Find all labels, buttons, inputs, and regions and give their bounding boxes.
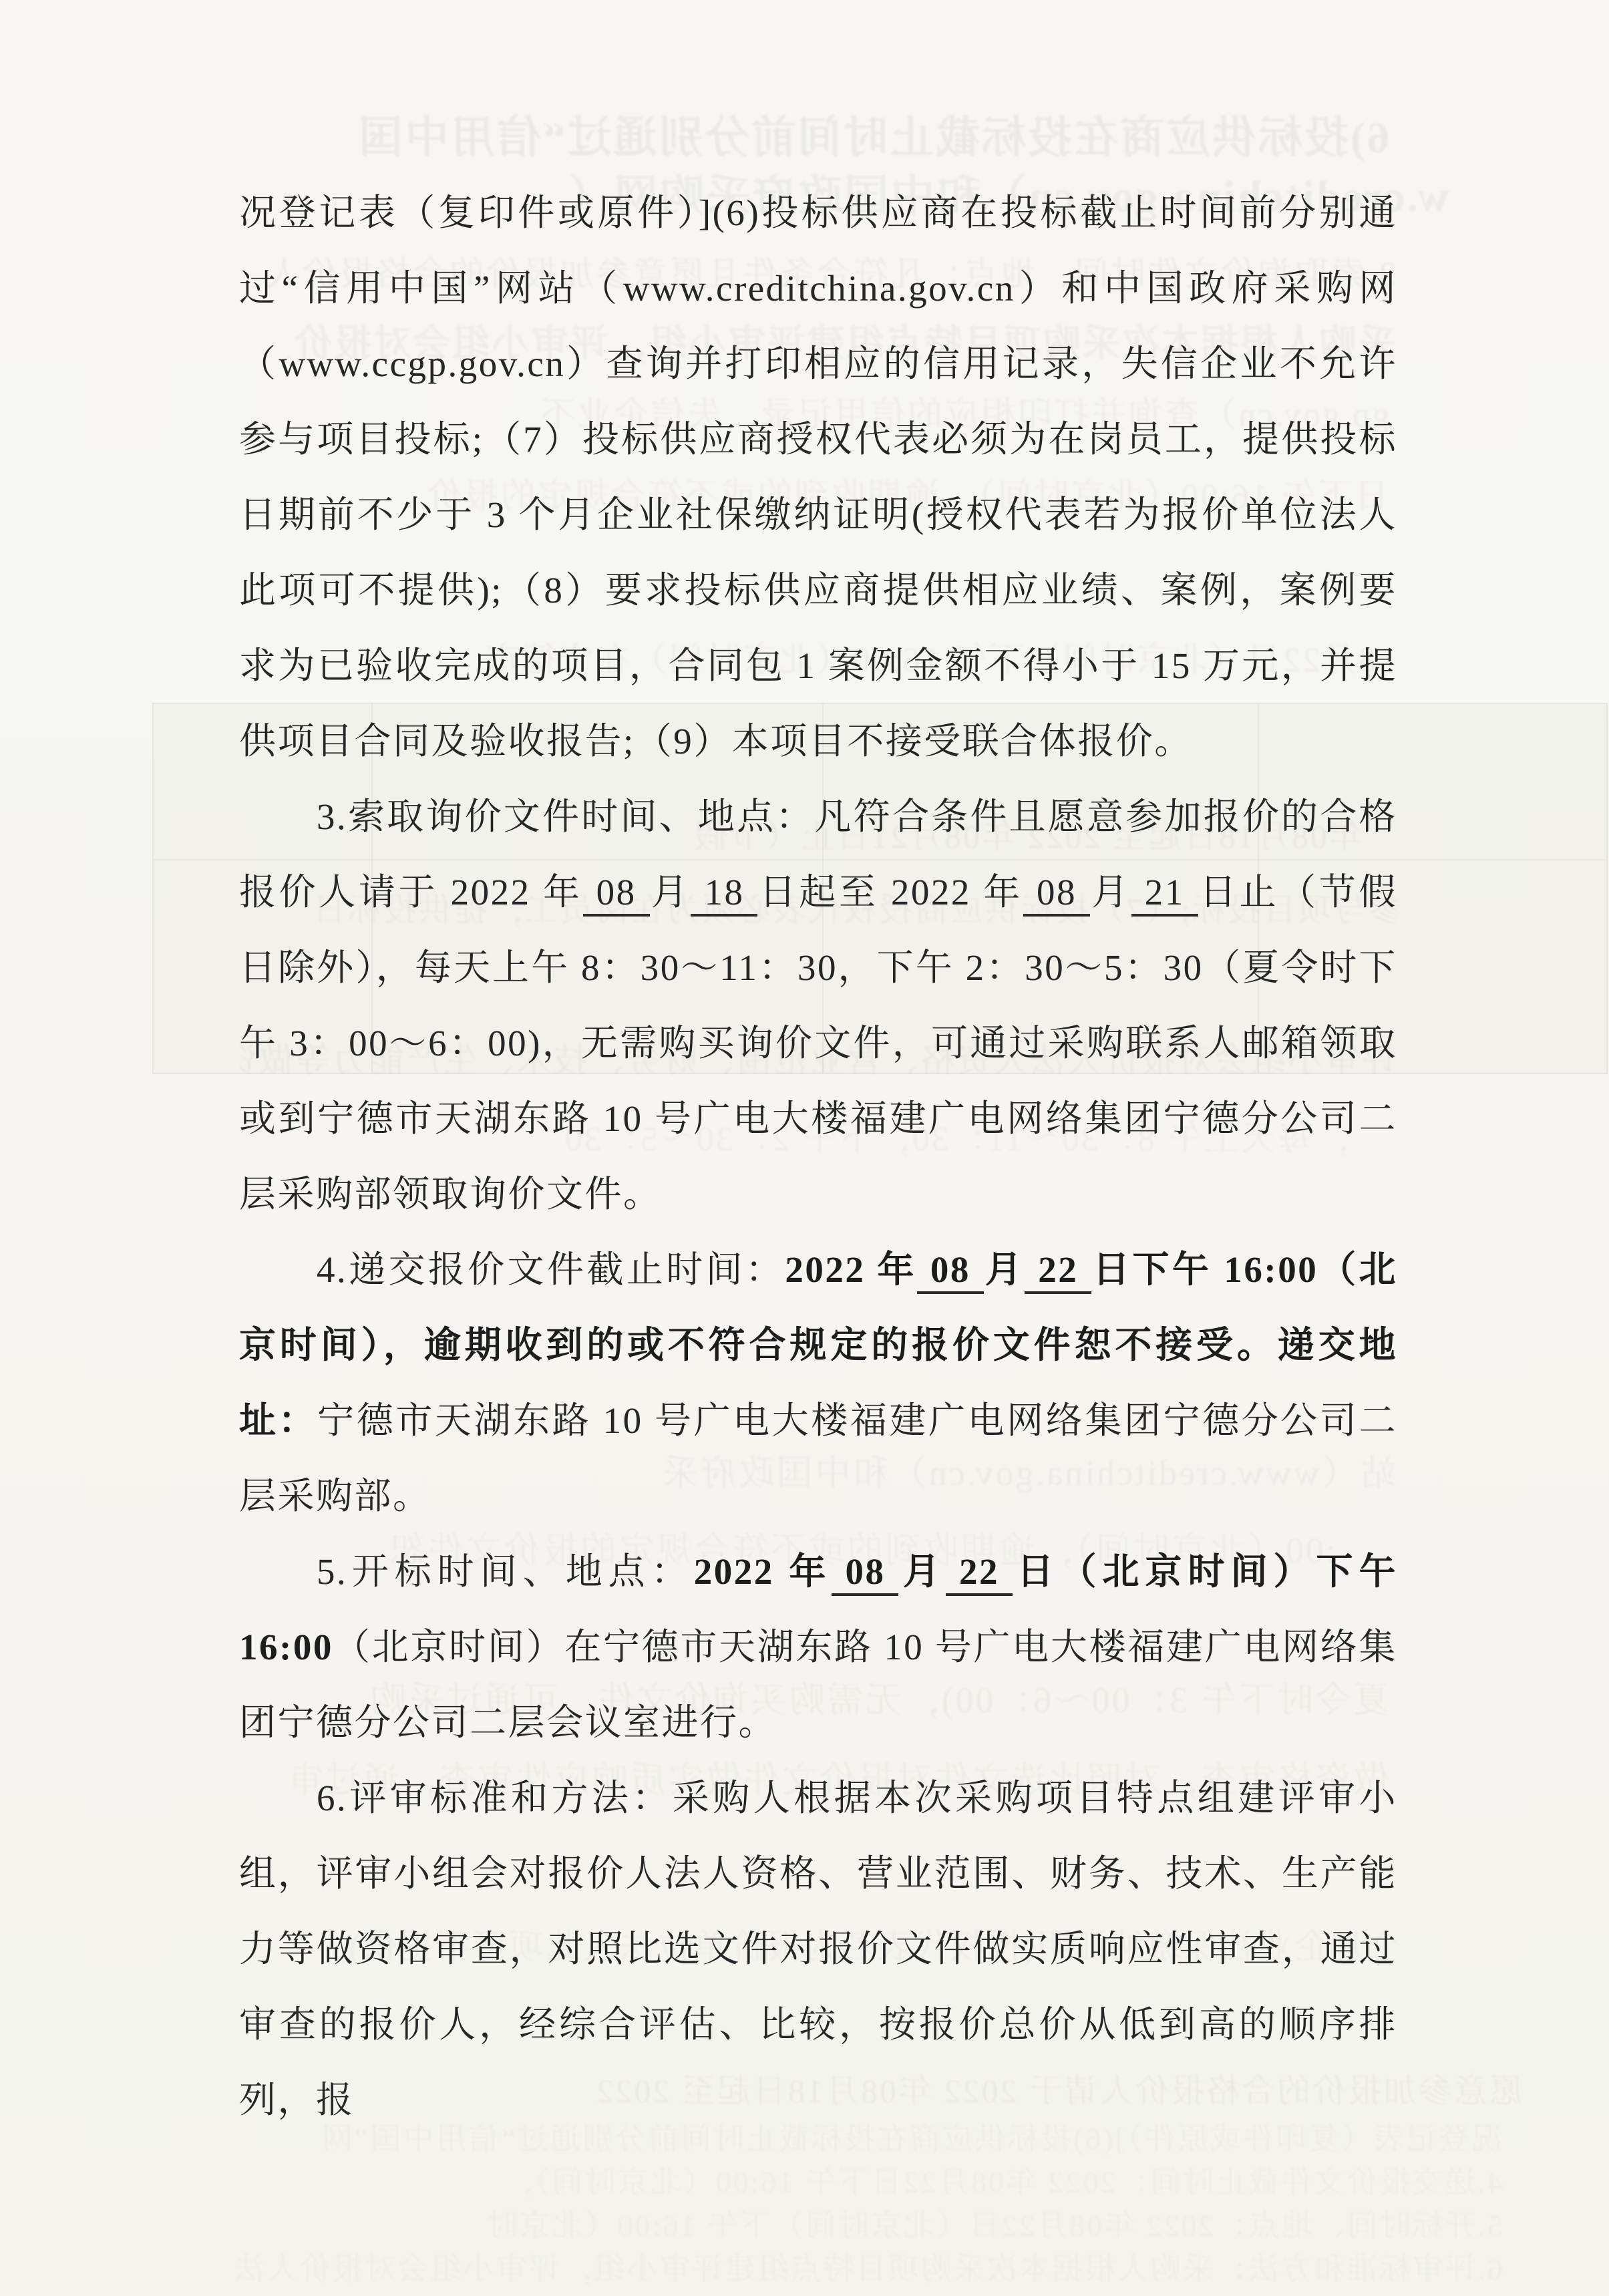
date-fill-in-blank: 21	[1131, 872, 1198, 917]
text-segment: 况登记表（复印件或原件）](6)投标供应商在投标截止时间前分别通过“信用中国”网…	[239, 192, 1397, 762]
date-fill-in-blank: 22	[1025, 1249, 1091, 1294]
text-segment: 月	[1090, 872, 1131, 913]
text-segment: 月	[650, 872, 691, 913]
date-fill-in-blank: 22	[946, 1551, 1013, 1596]
text-segment: 宁德市天湖东路 10 号广电大楼福建广电网络集团宁德分公司二层采购部。	[239, 1400, 1397, 1516]
text-segment: （北京时间）在宁德市天湖东路 10 号广电大楼福建广电网络集团宁德分公司二层会议…	[239, 1627, 1397, 1743]
paragraph-item-4-submission-deadline: 4.递交报价文件截止时间：2022 年08月22日下午 16:00（北京时间），…	[239, 1232, 1397, 1534]
paragraph-clause-continuation: 况登记表（复印件或原件）](6)投标供应商在投标截止时间前分别通过“信用中国”网…	[239, 175, 1397, 779]
bleedthrough-text-row: 6)投标供应商在投标截止时间前分别通过“信用中国”网站（	[361, 102, 1389, 165]
date-fill-in-blank: 08	[917, 1249, 984, 1294]
date-fill-in-blank: 08	[1023, 872, 1090, 917]
date-fill-in-blank: 18	[691, 872, 757, 917]
document-body: 况登记表（复印件或原件）](6)投标供应商在投标截止时间前分别通过“信用中国”网…	[239, 175, 1397, 2138]
text-segment: 2022 年	[785, 1249, 917, 1290]
text-segment: 日止（节假日除外），每天上午 8：30～11：30，下午 2：30～5：30（夏…	[239, 872, 1397, 1214]
text-segment: 月	[984, 1249, 1025, 1290]
text-segment: 2022 年	[694, 1551, 832, 1592]
paragraph-item-3-obtain-inquiry-documents: 3.索取询价文件时间、地点：凡符合条件且愿意参加报价的合格报价人请于 2022 …	[239, 779, 1397, 1232]
text-segment: 日起至 2022 年	[757, 872, 1023, 913]
text-segment: 月	[898, 1551, 946, 1592]
text-segment: 4.递交报价文件截止时间：	[317, 1249, 785, 1290]
text-segment: 6.评审标准和方法：采购人根据本次采购项目特点组建评审小组，评审小组会对报价人法…	[239, 1778, 1397, 2120]
scanned-page: 6)投标供应商在投标截止时间前分别通过“信用中国”网站（w.creditchin…	[0, 0, 1609, 2296]
date-fill-in-blank: 08	[583, 872, 650, 917]
text-segment: 5.开标时间、地点：	[317, 1551, 694, 1592]
bleedthrough-text-row: 4.递交报价文件截止时间：2022 年08月22日下午 16:00（北京时间），	[167, 2158, 1503, 2202]
paragraph-item-5-bid-opening: 5.开标时间、地点：2022 年08月22日（北京时间）下午 16:00（北京时…	[239, 1534, 1397, 1760]
bleedthrough-text-row: 5.开标时间、地点：2022 年08月22日（北京时间）下午 16:00（北京时	[167, 2201, 1503, 2245]
bleedthrough-text-row: 6.评审标准和方法：采购人根据本次采购项目特点组建评审小组，评审小组会对报价人法	[167, 2245, 1503, 2289]
paragraph-item-6-evaluation-criteria: 6.评审标准和方法：采购人根据本次采购项目特点组建评审小组，评审小组会对报价人法…	[239, 1760, 1397, 2138]
date-fill-in-blank: 08	[832, 1551, 898, 1596]
